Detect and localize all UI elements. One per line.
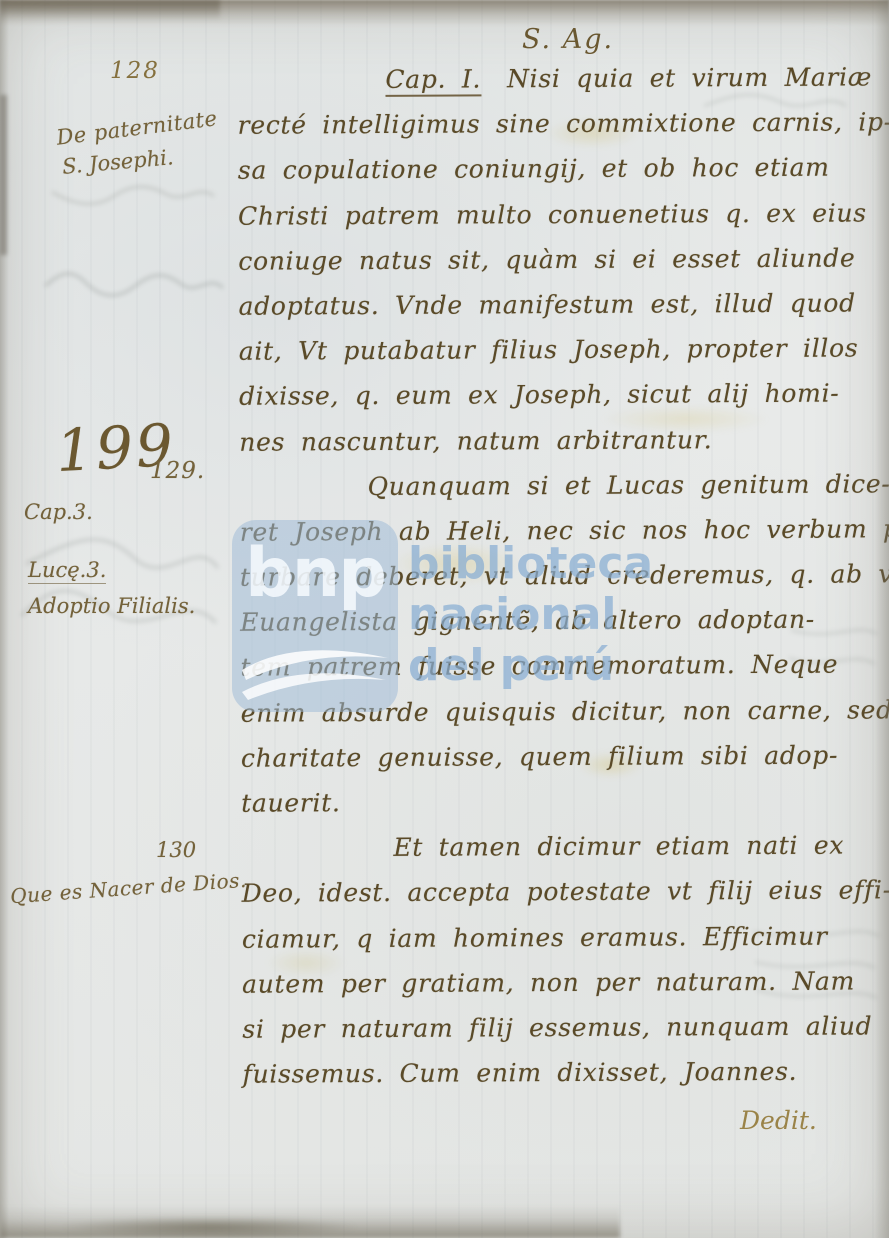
manuscript-line: Et tamen dicimur etiam nati ex xyxy=(241,822,889,871)
margin-note-luc3: Lucę.3. xyxy=(28,558,106,584)
manuscript-line: Euangelista gignentẽ, ab altero adoptan- xyxy=(240,597,888,646)
manuscript-text-block: Cap. I.Nisi quia et virum Mariærecté int… xyxy=(237,54,889,1097)
margin-number-129: 129. xyxy=(150,458,205,484)
manuscript-line: Cap. I.Nisi quia et virum Mariæ xyxy=(237,54,885,103)
manuscript-line: adoptatus. Vnde manifestum est, illud qu… xyxy=(238,280,886,329)
margin-number-130: 130 xyxy=(156,838,196,862)
manuscript-line: Deo, idest. accepta potestate vt filij e… xyxy=(242,868,889,917)
manuscript-line: Quanquam si et Lucas genitum dice- xyxy=(239,461,887,510)
margin-note-cap3: Cap.3. xyxy=(24,500,93,524)
manuscript-line: coniuge natus sit, quàm si ei esset aliu… xyxy=(238,235,886,284)
chapter-heading: Cap. I. xyxy=(385,64,481,97)
page-corner-shadow xyxy=(0,0,220,20)
folio-number: 128 xyxy=(110,58,160,84)
manuscript-line: ait, Vt putabatur filius Joseph, propter… xyxy=(239,325,887,374)
manuscript-line: Christi patrem multo conuenetius q. ex e… xyxy=(238,190,886,239)
page-left-edge-mark xyxy=(0,95,7,255)
manuscript-line: ret Joseph ab Heli, nec sic nos hoc verb… xyxy=(240,506,888,555)
manuscript-line: ciamur, q iam homines eramus. Efficimur xyxy=(242,913,889,962)
manuscript-line: sa copulatione coniungij, et ob hoc etia… xyxy=(238,145,886,194)
page-right-edge-shadow xyxy=(874,0,889,1238)
manuscript-line: fuissemus. Cum enim dixisset, Joannes. xyxy=(242,1048,889,1097)
margin-note-adoptio: Adoptio Filialis. xyxy=(28,594,195,618)
manuscript-line: charitate genuisse, quem filium sibi ado… xyxy=(241,732,889,781)
manuscript-line: tem patrem fuisse commemoratum. Neque xyxy=(240,642,888,691)
manuscript-line: si per naturam filij essemus, nunquam al… xyxy=(242,1003,889,1052)
manuscript-line: recté intelligimus sine commixtione carn… xyxy=(238,99,886,148)
manuscript-line: autem per gratiam, non per naturam. Nam xyxy=(242,958,889,1007)
manuscript-line: dixisse, q. eum ex Joseph, sicut alij ho… xyxy=(239,371,887,420)
page-heading-abbreviation: S. Ag. xyxy=(522,24,614,55)
catchword: Dedit. xyxy=(740,1106,817,1135)
manuscript-line: tauerit. xyxy=(241,777,889,826)
manuscript-line: turbare deberet, vt aliud crederemus, q.… xyxy=(240,551,888,600)
manuscript-line: enim absurde quisquis dicitur, non carne… xyxy=(241,687,889,736)
manuscript-line: nes nascuntur, natum arbitrantur. xyxy=(239,416,887,465)
page-bottom-smudge-blob xyxy=(60,1216,360,1238)
